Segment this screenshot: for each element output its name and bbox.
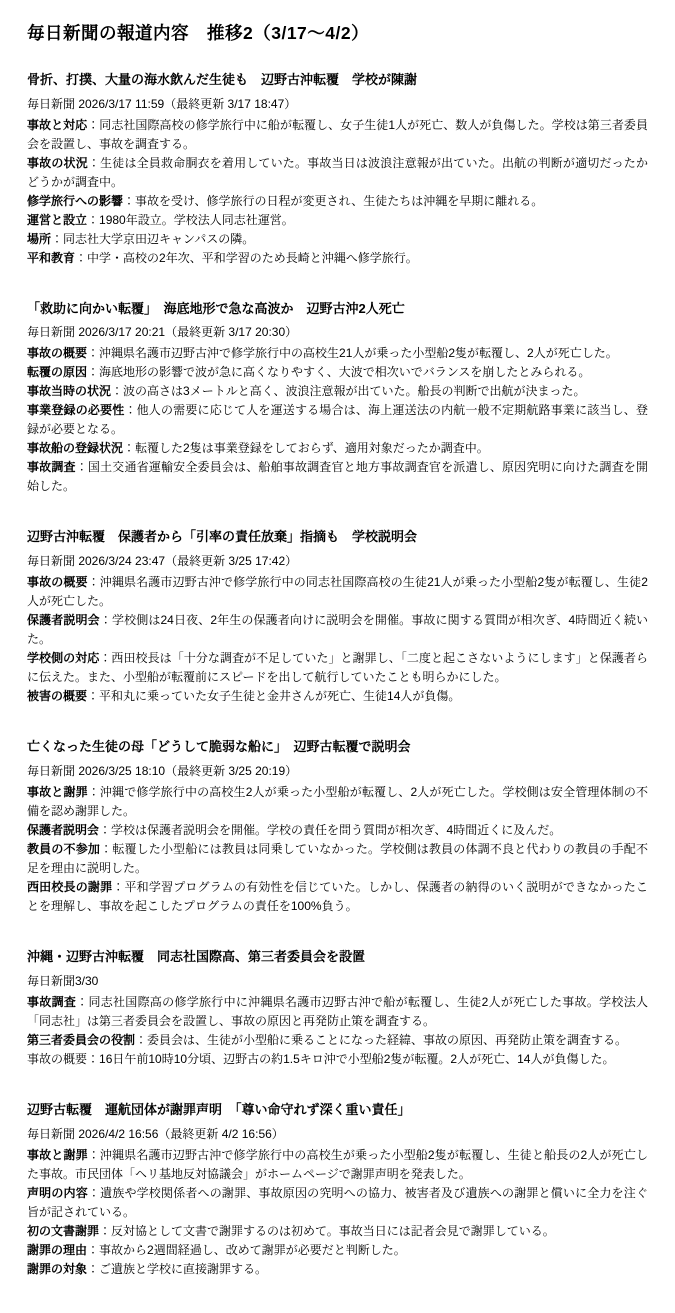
item-label: 事故の状況 xyxy=(27,156,88,170)
item-label: 事故当時の状況 xyxy=(27,384,111,398)
item-separator: ： xyxy=(124,403,136,417)
item-separator: ： xyxy=(111,384,123,398)
item-separator: ： xyxy=(87,365,99,379)
section-item: 教員の不参加：転覆した小型船には教員は同乗していなかった。学校側は教員の体調不良… xyxy=(27,840,648,878)
section-item: 謝罪の対象：ご遺族と学校に直接謝罪する。 xyxy=(27,1260,648,1279)
item-separator: ： xyxy=(87,1052,99,1066)
section-item: 西田校長の謝罪：平和学習プログラムの有効性を信じていた。しかし、保護者の納得のい… xyxy=(27,878,648,916)
item-separator: ： xyxy=(112,880,124,894)
section-item: 被害の概要：平和丸に乗っていた女子生徒と金井さんが死亡、生徒14人が負傷。 xyxy=(27,687,648,706)
news-section: 亡くなった生徒の母「どうして脆弱な船に」 辺野古転覆で説明会 毎日新聞 2026… xyxy=(27,738,648,916)
section-item: 事業登録の必要性：他人の需要に応じて人を運送する場合は、海上運送法の内航一般不定… xyxy=(27,401,648,439)
item-text: 学校は保護者説明会を開催。学校の責任を問う質問が相次ぎ、4時間近くに及んだ。 xyxy=(111,823,561,837)
item-separator: ： xyxy=(123,194,135,208)
item-separator: ： xyxy=(100,613,112,627)
item-text: 同志社国際高の修学旅行中に沖縄県名護市辺野古沖で船が転覆し、生徒2人が死亡した事… xyxy=(27,995,648,1028)
item-separator: ： xyxy=(88,575,100,589)
section-item: 学校側の対応：西田校長は「十分な調査が不足していた」と謝罪し、「二度と起こさない… xyxy=(27,649,648,687)
section-headline: 辺野古転覆 運航団体が謝罪声明 「尊い命守れず深く重い責任」 xyxy=(27,1101,648,1120)
news-section: 沖縄・辺野古沖転覆 同志社国際高、第三者委員会を設置 毎日新聞3/30 事故調査… xyxy=(27,948,648,1069)
section-item: 第三者委員会の役割：委員会は、生徒が小型船に乗ることになった経緯、事故の原因、再… xyxy=(27,1031,648,1050)
item-label: 教員の不参加 xyxy=(27,842,100,856)
section-headline: 沖縄・辺野古沖転覆 同志社国際高、第三者委員会を設置 xyxy=(27,948,648,967)
item-text: 生徒は全員救命胴衣を着用していた。事故当日は波浪注意報が出ていた。出航の判断が適… xyxy=(27,156,648,189)
item-label: 事業登録の必要性 xyxy=(27,403,124,417)
section-item: 保護者説明会：学校は保護者説明会を開催。学校の責任を問う質問が相次ぎ、4時間近く… xyxy=(27,821,648,840)
section-item: 事故と謝罪：沖縄で修学旅行中の高校生2人が乗った小型船が転覆し、2人が死亡した。… xyxy=(27,783,648,821)
item-label: 保護者説明会 xyxy=(27,613,100,627)
item-text: 学校側は24日夜、2年生の保護者向けに説明会を開催。事故に関する質問が相次ぎ、4… xyxy=(27,613,648,646)
document-page: 毎日新聞の報道内容 推移2（3/17〜4/2） 骨折、打撲、大量の海水飲んだ生徒… xyxy=(0,0,675,1313)
section-item: 事故の概要：16日午前10時10分頃、辺野古の約1.5キロ沖で小型船2隻が転覆。… xyxy=(27,1050,648,1069)
item-label: 事故調査 xyxy=(27,995,76,1009)
item-separator: ： xyxy=(99,651,111,665)
item-separator: ： xyxy=(88,156,100,170)
item-text: ご遺族と学校に直接謝罪する。 xyxy=(99,1262,267,1276)
item-text: 波の高さは3メートルと高く、波浪注意報が出ていた。船長の判断で出航が決まった。 xyxy=(123,384,585,398)
section-item: 事故と対応：同志社国際高校の修学旅行中に船が転覆し、女子生徒1人が死亡、数人が負… xyxy=(27,116,648,154)
news-section: 「救助に向かい転覆」 海底地形で急な高波か 辺野古沖2人死亡 毎日新聞 2026… xyxy=(27,300,648,497)
news-section: 辺野古転覆 運航団体が謝罪声明 「尊い命守れず深く重い責任」 毎日新聞 2026… xyxy=(27,1101,648,1279)
item-label: 謝罪の理由 xyxy=(27,1243,87,1257)
item-text: 沖縄県名護市辺野古沖で修学旅行中の高校生21人が乗った小型船2隻が転覆し、2人が… xyxy=(99,346,618,360)
item-separator: ： xyxy=(76,460,88,474)
section-dateline: 毎日新聞 2026/3/17 11:59（最終更新 3/17 18:47） xyxy=(27,95,648,114)
item-text: 平和丸に乗っていた女子生徒と金井さんが死亡、生徒14人が負傷。 xyxy=(99,689,460,703)
item-text: 事故を受け、修学旅行の日程が変更され、生徒たちは沖縄を早期に離れる。 xyxy=(135,194,543,208)
item-separator: ： xyxy=(88,785,100,799)
section-dateline: 毎日新聞3/30 xyxy=(27,972,648,991)
section-item: 場所：同志社大学京田辺キャンパスの隣。 xyxy=(27,230,648,249)
section-item: 平和教育：中学・高校の2年次、平和学習のため長崎と沖縄へ修学旅行。 xyxy=(27,249,648,268)
item-text: 転覆した2隻は事業登録をしておらず、適用対象だったか調査中。 xyxy=(135,441,489,455)
item-label: 第三者委員会の役割 xyxy=(27,1033,135,1047)
item-label: 運営と設立 xyxy=(27,213,87,227)
item-text: 同志社大学京田辺キャンパスの隣。 xyxy=(63,232,254,246)
item-text: 沖縄県名護市辺野古沖で修学旅行中の高校生が乗った小型船2隻が転覆し、生徒と船長の… xyxy=(27,1148,648,1181)
item-separator: ： xyxy=(87,1262,99,1276)
item-text: 中学・高校の2年次、平和学習のため長崎と沖縄へ修学旅行。 xyxy=(87,251,418,265)
section-dateline: 毎日新聞 2026/3/17 20:21（最終更新 3/17 20:30） xyxy=(27,323,648,342)
item-label: 事故調査 xyxy=(27,460,76,474)
news-section: 骨折、打撲、大量の海水飲んだ生徒も 辺野古沖転覆 学校が陳謝 毎日新聞 2026… xyxy=(27,71,648,268)
section-item: 事故調査：同志社国際高の修学旅行中に沖縄県名護市辺野古沖で船が転覆し、生徒2人が… xyxy=(27,993,648,1031)
item-separator: ： xyxy=(100,842,112,856)
item-text: 反対協として文書で謝罪するのは初めて。事故当日には記者会見で謝罪している。 xyxy=(111,1224,555,1238)
section-item: 事故の概要：沖縄県名護市辺野古沖で修学旅行中の高校生21人が乗った小型船2隻が転… xyxy=(27,344,648,363)
item-separator: ： xyxy=(135,1033,147,1047)
item-label: 事故の概要 xyxy=(27,346,87,360)
item-text: 国土交通省運輸安全委員会は、船舶事故調査官と地方事故調査官を派遣し、原因究明に向… xyxy=(27,460,648,493)
item-separator: ： xyxy=(87,346,99,360)
section-item: 運営と設立：1980年設立。学校法人同志社運営。 xyxy=(27,211,648,230)
item-text: 1980年設立。学校法人同志社運営。 xyxy=(99,213,294,227)
section-headline: 辺野古沖転覆 保護者から「引率の責任放棄」指摘も 学校説明会 xyxy=(27,528,648,547)
item-text: 海底地形の影響で波が急に高くなりやすく、大波で相次いでバランスを崩したとみられる… xyxy=(99,365,590,379)
section-item: 事故船の登録状況：転覆した2隻は事業登録をしておらず、適用対象だったか調査中。 xyxy=(27,439,648,458)
item-label: 平和教育 xyxy=(27,251,75,265)
news-section: 辺野古沖転覆 保護者から「引率の責任放棄」指摘も 学校説明会 毎日新聞 2026… xyxy=(27,528,648,706)
section-item: 事故の概要：沖縄県名護市辺野古沖で修学旅行中の同志社国際高校の生徒21人が乗った… xyxy=(27,573,648,611)
section-item: 事故の状況：生徒は全員救命胴衣を着用していた。事故当日は波浪注意報が出ていた。出… xyxy=(27,154,648,192)
section-dateline: 毎日新聞 2026/3/24 23:47（最終更新 3/25 17:42） xyxy=(27,552,648,571)
item-separator: ： xyxy=(76,995,88,1009)
section-item: 事故と謝罪：沖縄県名護市辺野古沖で修学旅行中の高校生が乗った小型船2隻が転覆し、… xyxy=(27,1146,648,1184)
item-separator: ： xyxy=(99,1224,111,1238)
item-label: 事故と対応 xyxy=(27,118,87,132)
section-item: 事故調査：国土交通省運輸安全委員会は、船舶事故調査官と地方事故調査官を派遣し、原… xyxy=(27,458,648,496)
item-text: 委員会は、生徒が小型船に乗ることになった経緯、事故の原因、再発防止策を調査する。 xyxy=(147,1033,627,1047)
item-label: 西田校長の謝罪 xyxy=(27,880,112,894)
section-item: 保護者説明会：学校側は24日夜、2年生の保護者向けに説明会を開催。事故に関する質… xyxy=(27,611,648,649)
section-dateline: 毎日新聞 2026/3/25 18:10（最終更新 3/25 20:19） xyxy=(27,762,648,781)
item-separator: ： xyxy=(87,689,99,703)
item-text: 転覆した小型船には教員は同乗していなかった。学校側は教員の体調不良と代わりの教員… xyxy=(27,842,648,875)
item-label: 事故の概要 xyxy=(27,575,88,589)
item-label: 謝罪の対象 xyxy=(27,1262,87,1276)
section-headline: 「救助に向かい転覆」 海底地形で急な高波か 辺野古沖2人死亡 xyxy=(27,300,648,319)
item-label: 修学旅行への影響 xyxy=(27,194,123,208)
section-item: 修学旅行への影響：事故を受け、修学旅行の日程が変更され、生徒たちは沖縄を早期に離… xyxy=(27,192,648,211)
item-label: 事故と謝罪 xyxy=(27,785,88,799)
item-label: 初の文書謝罪 xyxy=(27,1224,99,1238)
item-separator: ： xyxy=(87,213,99,227)
section-item: 声明の内容：遺族や学校関係者への謝罪、事故原因の究明への協力、被害者及び遺族への… xyxy=(27,1184,648,1222)
item-separator: ： xyxy=(99,823,111,837)
item-separator: ： xyxy=(88,1186,100,1200)
item-text: 事故から2週間経過し、改めて謝罪が必要だと判断した。 xyxy=(99,1243,406,1257)
item-text: 遺族や学校関係者への謝罪、事故原因の究明への協力、被害者及び遺族への謝罪と償いに… xyxy=(27,1186,648,1219)
item-separator: ： xyxy=(88,1148,100,1162)
section-item: 転覆の原因：海底地形の影響で波が急に高くなりやすく、大波で相次いでバランスを崩し… xyxy=(27,363,648,382)
item-separator: ： xyxy=(87,1243,99,1257)
item-label: 事故船の登録状況 xyxy=(27,441,123,455)
section-item: 事故当時の状況：波の高さは3メートルと高く、波浪注意報が出ていた。船長の判断で出… xyxy=(27,382,648,401)
section-item: 初の文書謝罪：反対協として文書で謝罪するのは初めて。事故当日には記者会見で謝罪し… xyxy=(27,1222,648,1241)
item-label: 場所 xyxy=(27,232,51,246)
section-item: 謝罪の理由：事故から2週間経過し、改めて謝罪が必要だと判断した。 xyxy=(27,1241,648,1260)
item-label: 事故の概要 xyxy=(27,1052,87,1066)
item-text: 同志社国際高校の修学旅行中に船が転覆し、女子生徒1人が死亡、数人が負傷した。学校… xyxy=(27,118,648,151)
item-label: 保護者説明会 xyxy=(27,823,99,837)
item-label: 事故と謝罪 xyxy=(27,1148,88,1162)
document-body: 骨折、打撲、大量の海水飲んだ生徒も 辺野古沖転覆 学校が陳謝 毎日新聞 2026… xyxy=(27,71,648,1279)
item-separator: ： xyxy=(75,251,87,265)
item-text: 16日午前10時10分頃、辺野古の約1.5キロ沖で小型船2隻が転覆。2人が死亡、… xyxy=(99,1052,614,1066)
item-text: 沖縄県名護市辺野古沖で修学旅行中の同志社国際高校の生徒21人が乗った小型船2隻が… xyxy=(27,575,648,608)
item-separator: ： xyxy=(87,118,99,132)
item-label: 転覆の原因 xyxy=(27,365,87,379)
item-label: 学校側の対応 xyxy=(27,651,99,665)
section-headline: 骨折、打撲、大量の海水飲んだ生徒も 辺野古沖転覆 学校が陳謝 xyxy=(27,71,648,90)
item-text: 沖縄で修学旅行中の高校生2人が乗った小型船が転覆し、2人が死亡した。学校側は安全… xyxy=(27,785,648,818)
item-label: 被害の概要 xyxy=(27,689,87,703)
item-label: 声明の内容 xyxy=(27,1186,88,1200)
section-headline: 亡くなった生徒の母「どうして脆弱な船に」 辺野古転覆で説明会 xyxy=(27,738,648,757)
page-title: 毎日新聞の報道内容 推移2（3/17〜4/2） xyxy=(27,22,648,45)
item-separator: ： xyxy=(123,441,135,455)
section-dateline: 毎日新聞 2026/4/2 16:56（最終更新 4/2 16:56） xyxy=(27,1125,648,1144)
item-separator: ： xyxy=(51,232,63,246)
item-text: 西田校長は「十分な調査が不足していた」と謝罪し、「二度と起こさないようにします」… xyxy=(27,651,648,684)
